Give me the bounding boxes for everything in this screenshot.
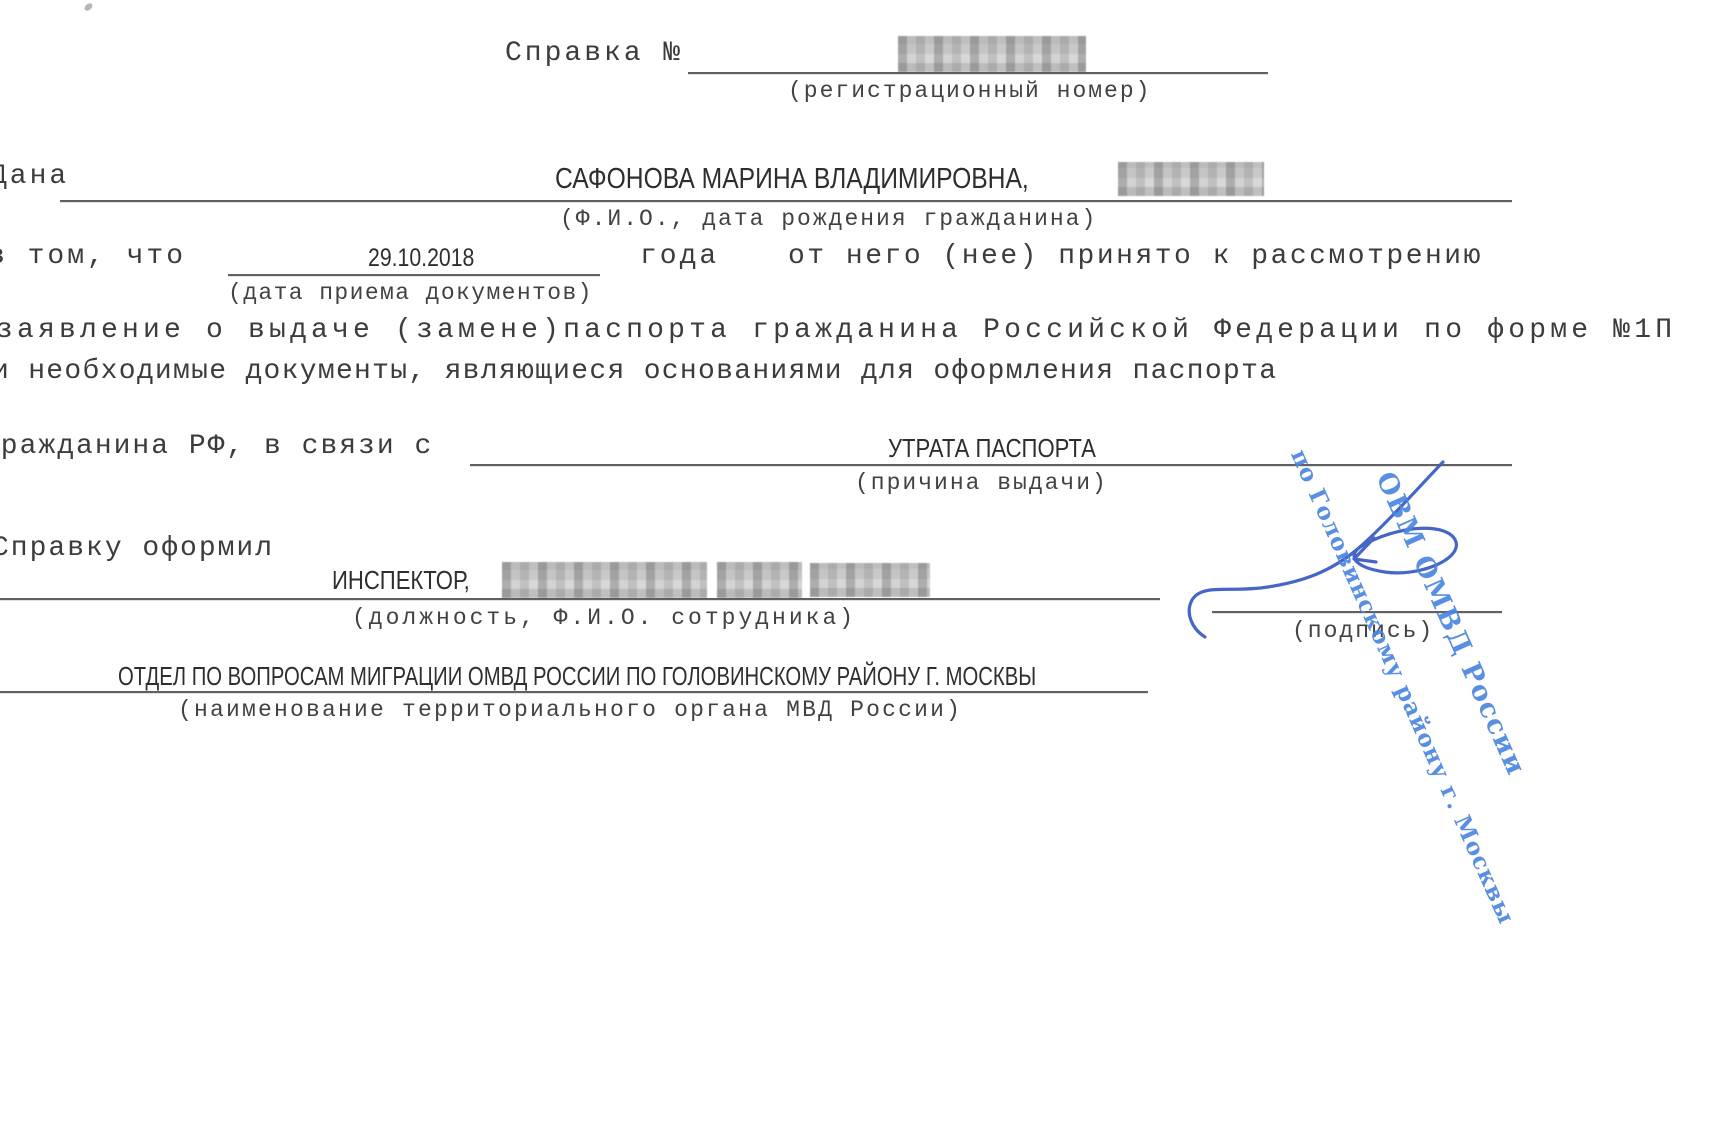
redacted-employee-name-1 [502,562,707,598]
recipient-name-row: САФОНОВА МАРИНА ВЛАДИМИРОВНА, [555,160,1264,198]
registration-number-line [688,72,1268,74]
acceptance-date: 29.10.2018 [368,246,474,271]
redacted-employee-name-2 [717,562,802,598]
acceptance-date-hint: (дата приема документов) [228,282,593,305]
reason-hint: (причина выдачи) [855,472,1108,495]
documents-line: и необходимые документы, являющиеся осно… [0,358,1277,386]
acceptance-date-wrap: 29.10.2018 [368,246,493,271]
acceptance-date-line [228,274,600,276]
recipient-name: САФОНОВА МАРИНА ВЛАДИМИРОВНА, [555,165,1029,194]
redacted-registration-number [898,36,1086,72]
department-wrap: ОТДЕЛ ПО ВОПРОСАМ МИГРАЦИИ ОМВД РОССИИ П… [118,663,1295,689]
accepted-text: от него (нее) принято к рассмотрению [788,243,1483,271]
position-line [0,598,1160,600]
scanned-certificate-page: Справка № (регистрационный номер) Дана С… [0,0,1724,1146]
recipient-name-line [60,200,1512,202]
inspector-row: ИНСПЕКТОР, [332,560,930,600]
reason-prefix: гражданина РФ, в связи с [0,433,433,461]
scan-speck [83,2,94,12]
inspector-position: ИНСПЕКТОР, [332,567,470,593]
application-line: заявление о выдаче (замене)паспорта граж… [0,317,1676,345]
redacted-birth-date [1118,162,1264,196]
position-hint: (должность, Ф.И.О. сотрудника) [352,607,856,630]
redacted-employee-name-3 [810,563,930,597]
given-word: Дана [0,163,69,191]
fio-hint: (Ф.И.О., дата рождения гражданина) [560,208,1097,231]
reason-value-wrap: УТРАТА ПАСПОРТА [888,435,1133,461]
year-word: года [640,243,719,271]
department-name: ОТДЕЛ ПО ВОПРОСАМ МИГРАЦИИ ОМВД РОССИИ П… [118,663,1036,689]
certificate-title: Справка № [505,40,683,68]
reason-value: УТРАТА ПАСПОРТА [888,435,1096,461]
registration-number-hint: (регистрационный номер) [788,80,1151,103]
that-words: в том, что [0,243,186,271]
department-hint: (наименование территориального органа МВ… [178,699,962,722]
department-line [0,691,1148,693]
prepared-label: Справку оформил [0,535,274,563]
